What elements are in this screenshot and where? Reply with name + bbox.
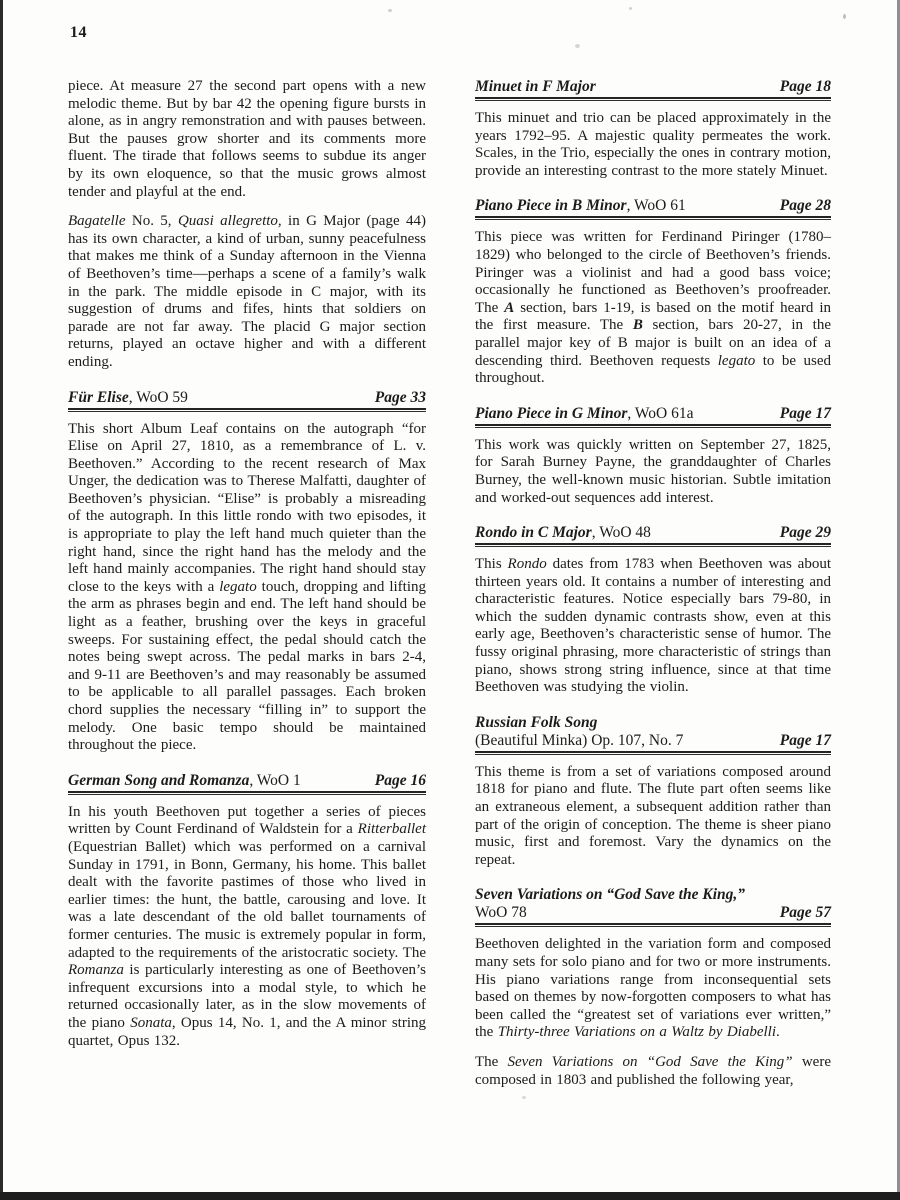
- scan-artifact-speck: [388, 9, 392, 12]
- text-run: touch, dropping and lifting the arm as p…: [68, 579, 426, 753]
- section-title: Piano Piece in B Minor, WoO 61: [475, 197, 686, 215]
- section-heading: Piano Piece in B Minor, WoO 61Page 28: [475, 197, 831, 220]
- section-heading-row: German Song and Romanza, WoO 1Page 16: [68, 772, 426, 790]
- paragraph: This short Album Leaf contains on the au…: [68, 421, 426, 755]
- text-run: , WoO 59: [129, 389, 188, 406]
- section-heading-row: Für Elise, WoO 59Page 33: [68, 389, 426, 407]
- section-page-ref: Page 29: [780, 524, 831, 542]
- section-page-ref: Page 16: [375, 772, 426, 790]
- scan-edge-left: [0, 0, 3, 1200]
- section-page-ref: Page 28: [780, 197, 831, 215]
- paragraph: This minuet and trio can be placed appro…: [475, 110, 831, 180]
- text-run: , WoO 61a: [627, 405, 693, 422]
- section-heading: Für Elise, WoO 59Page 33: [68, 389, 426, 412]
- paragraph: This piece was written for Ferdinand Pir…: [475, 229, 831, 387]
- section-heading: Piano Piece in G Minor, WoO 61aPage 17: [475, 405, 831, 428]
- paragraph: This theme is from a set of variations c…: [475, 764, 831, 870]
- scan-artifact-speck: [843, 14, 846, 19]
- right-column: Minuet in F MajorPage 18This minuet and …: [475, 78, 831, 1101]
- heading-rule: [475, 97, 831, 101]
- text-run: WoO 78: [475, 904, 527, 921]
- paragraph: The Seven Variations on “God Save the Ki…: [475, 1054, 831, 1089]
- text-run: , WoO 48: [592, 524, 651, 541]
- heading-rule: [68, 791, 426, 795]
- text-run: (Beautiful Minka) Op. 107, No. 7: [475, 732, 683, 749]
- section-page-ref: Page 17: [780, 405, 831, 423]
- text-run: Piano Piece in B Minor: [475, 197, 627, 214]
- section-heading: Minuet in F MajorPage 18: [475, 78, 831, 101]
- paragraph: This work was quickly written on Septemb…: [475, 437, 831, 507]
- text-run: Sonata: [130, 1015, 172, 1031]
- text-run: Bagatelle: [68, 213, 125, 229]
- text-run: Rondo in C Major: [475, 524, 592, 541]
- text-run: B: [633, 317, 643, 333]
- section-title: Piano Piece in G Minor, WoO 61a: [475, 405, 693, 423]
- heading-rule: [475, 424, 831, 428]
- section-heading-row: Seven Variations on “God Save the King,”: [475, 886, 831, 904]
- scanned-book-page: 14 piece. At measure 27 the second part …: [0, 0, 900, 1200]
- scan-artifact-speck: [629, 7, 632, 10]
- text-run: Russian Folk Song: [475, 714, 597, 731]
- section-title: Seven Variations on “God Save the King,”: [475, 886, 745, 904]
- text-run: , WoO 61: [627, 197, 686, 214]
- text-run: No. 5,: [125, 213, 177, 229]
- text-run: Ritterballet: [358, 821, 426, 837]
- text-run: dates from 1783 when Beethoven was about…: [475, 556, 831, 695]
- section-title: Minuet in F Major: [475, 78, 596, 96]
- heading-rule: [475, 923, 831, 927]
- section-heading-row: Minuet in F MajorPage 18: [475, 78, 831, 96]
- text-run: The: [475, 1054, 508, 1070]
- left-column: piece. At measure 27 the second part ope…: [68, 78, 426, 1101]
- section-title: Rondo in C Major, WoO 48: [475, 524, 651, 542]
- section-title: Für Elise, WoO 59: [68, 389, 188, 407]
- section-title: Russian Folk Song: [475, 714, 597, 732]
- section-heading-row: (Beautiful Minka) Op. 107, No. 7Page 17: [475, 732, 831, 750]
- paragraph: Beethoven delighted in the variation for…: [475, 936, 831, 1042]
- text-run: legato: [718, 353, 756, 369]
- paragraph: This Rondo dates from 1783 when Beethove…: [475, 556, 831, 697]
- heading-rule: [68, 408, 426, 412]
- section-page-ref: Page 57: [780, 904, 831, 922]
- two-column-text: piece. At measure 27 the second part ope…: [68, 78, 833, 1101]
- text-run: This work was quickly written on Septemb…: [475, 437, 831, 506]
- text-run: This theme is from a set of variations c…: [475, 764, 831, 868]
- section-page-ref: Page 17: [780, 732, 831, 750]
- section-heading: Rondo in C Major, WoO 48Page 29: [475, 524, 831, 547]
- text-run: Quasi allegretto: [178, 213, 278, 229]
- text-run: This: [475, 556, 508, 572]
- section-page-ref: Page 18: [780, 78, 831, 96]
- text-run: Rondo: [508, 556, 547, 572]
- text-run: Für Elise: [68, 389, 129, 406]
- text-run: , in G Major (page 44) has its own chara…: [68, 213, 426, 370]
- section-heading-row: Piano Piece in G Minor, WoO 61aPage 17: [475, 405, 831, 423]
- section-heading: Russian Folk Song(Beautiful Minka) Op. 1…: [475, 714, 831, 755]
- text-run: Piano Piece in G Minor: [475, 405, 627, 422]
- heading-rule: [475, 751, 831, 755]
- text-run: Romanza: [68, 962, 124, 978]
- text-run: legato: [219, 579, 257, 595]
- page-number: 14: [70, 24, 87, 42]
- text-run: (Equestrian Ballet) which was performed …: [68, 839, 426, 961]
- text-run: .: [776, 1024, 780, 1040]
- text-run: , WoO 1: [249, 772, 300, 789]
- scan-edge-bottom: [0, 1192, 900, 1200]
- heading-rule: [475, 216, 831, 220]
- section-page-ref: Page 33: [375, 389, 426, 407]
- heading-rule: [475, 543, 831, 547]
- text-run: German Song and Romanza: [68, 772, 249, 789]
- text-run: piece. At measure 27 the second part ope…: [68, 78, 426, 200]
- section-heading-row: WoO 78Page 57: [475, 904, 831, 922]
- text-run: Seven Variations on “God Save the King”: [508, 1054, 793, 1070]
- section-title: German Song and Romanza, WoO 1: [68, 772, 301, 790]
- section-heading: German Song and Romanza, WoO 1Page 16: [68, 772, 426, 795]
- text-run: Minuet in F Major: [475, 78, 596, 95]
- paragraph: piece. At measure 27 the second part ope…: [68, 78, 426, 201]
- section-title: (Beautiful Minka) Op. 107, No. 7: [475, 732, 683, 750]
- text-run: Seven Variations on “God Save the King,”: [475, 886, 745, 903]
- text-run: This short Album Leaf contains on the au…: [68, 421, 426, 595]
- paragraph: Bagatelle No. 5, Quasi allegretto, in G …: [68, 213, 426, 371]
- scan-artifact-speck: [575, 44, 580, 48]
- section-heading-row: Russian Folk Song: [475, 714, 831, 732]
- text-run: This minuet and trio can be placed appro…: [475, 110, 831, 179]
- scan-artifact-speck: [522, 1096, 526, 1099]
- text-run: Thirty-three Variations on a Waltz by Di…: [498, 1024, 776, 1040]
- section-heading-row: Piano Piece in B Minor, WoO 61Page 28: [475, 197, 831, 215]
- section-title: WoO 78: [475, 904, 527, 922]
- paragraph: In his youth Beethoven put together a se…: [68, 804, 426, 1050]
- section-heading-row: Rondo in C Major, WoO 48Page 29: [475, 524, 831, 542]
- text-run: A: [504, 300, 514, 316]
- section-heading: Seven Variations on “God Save the King,”…: [475, 886, 831, 927]
